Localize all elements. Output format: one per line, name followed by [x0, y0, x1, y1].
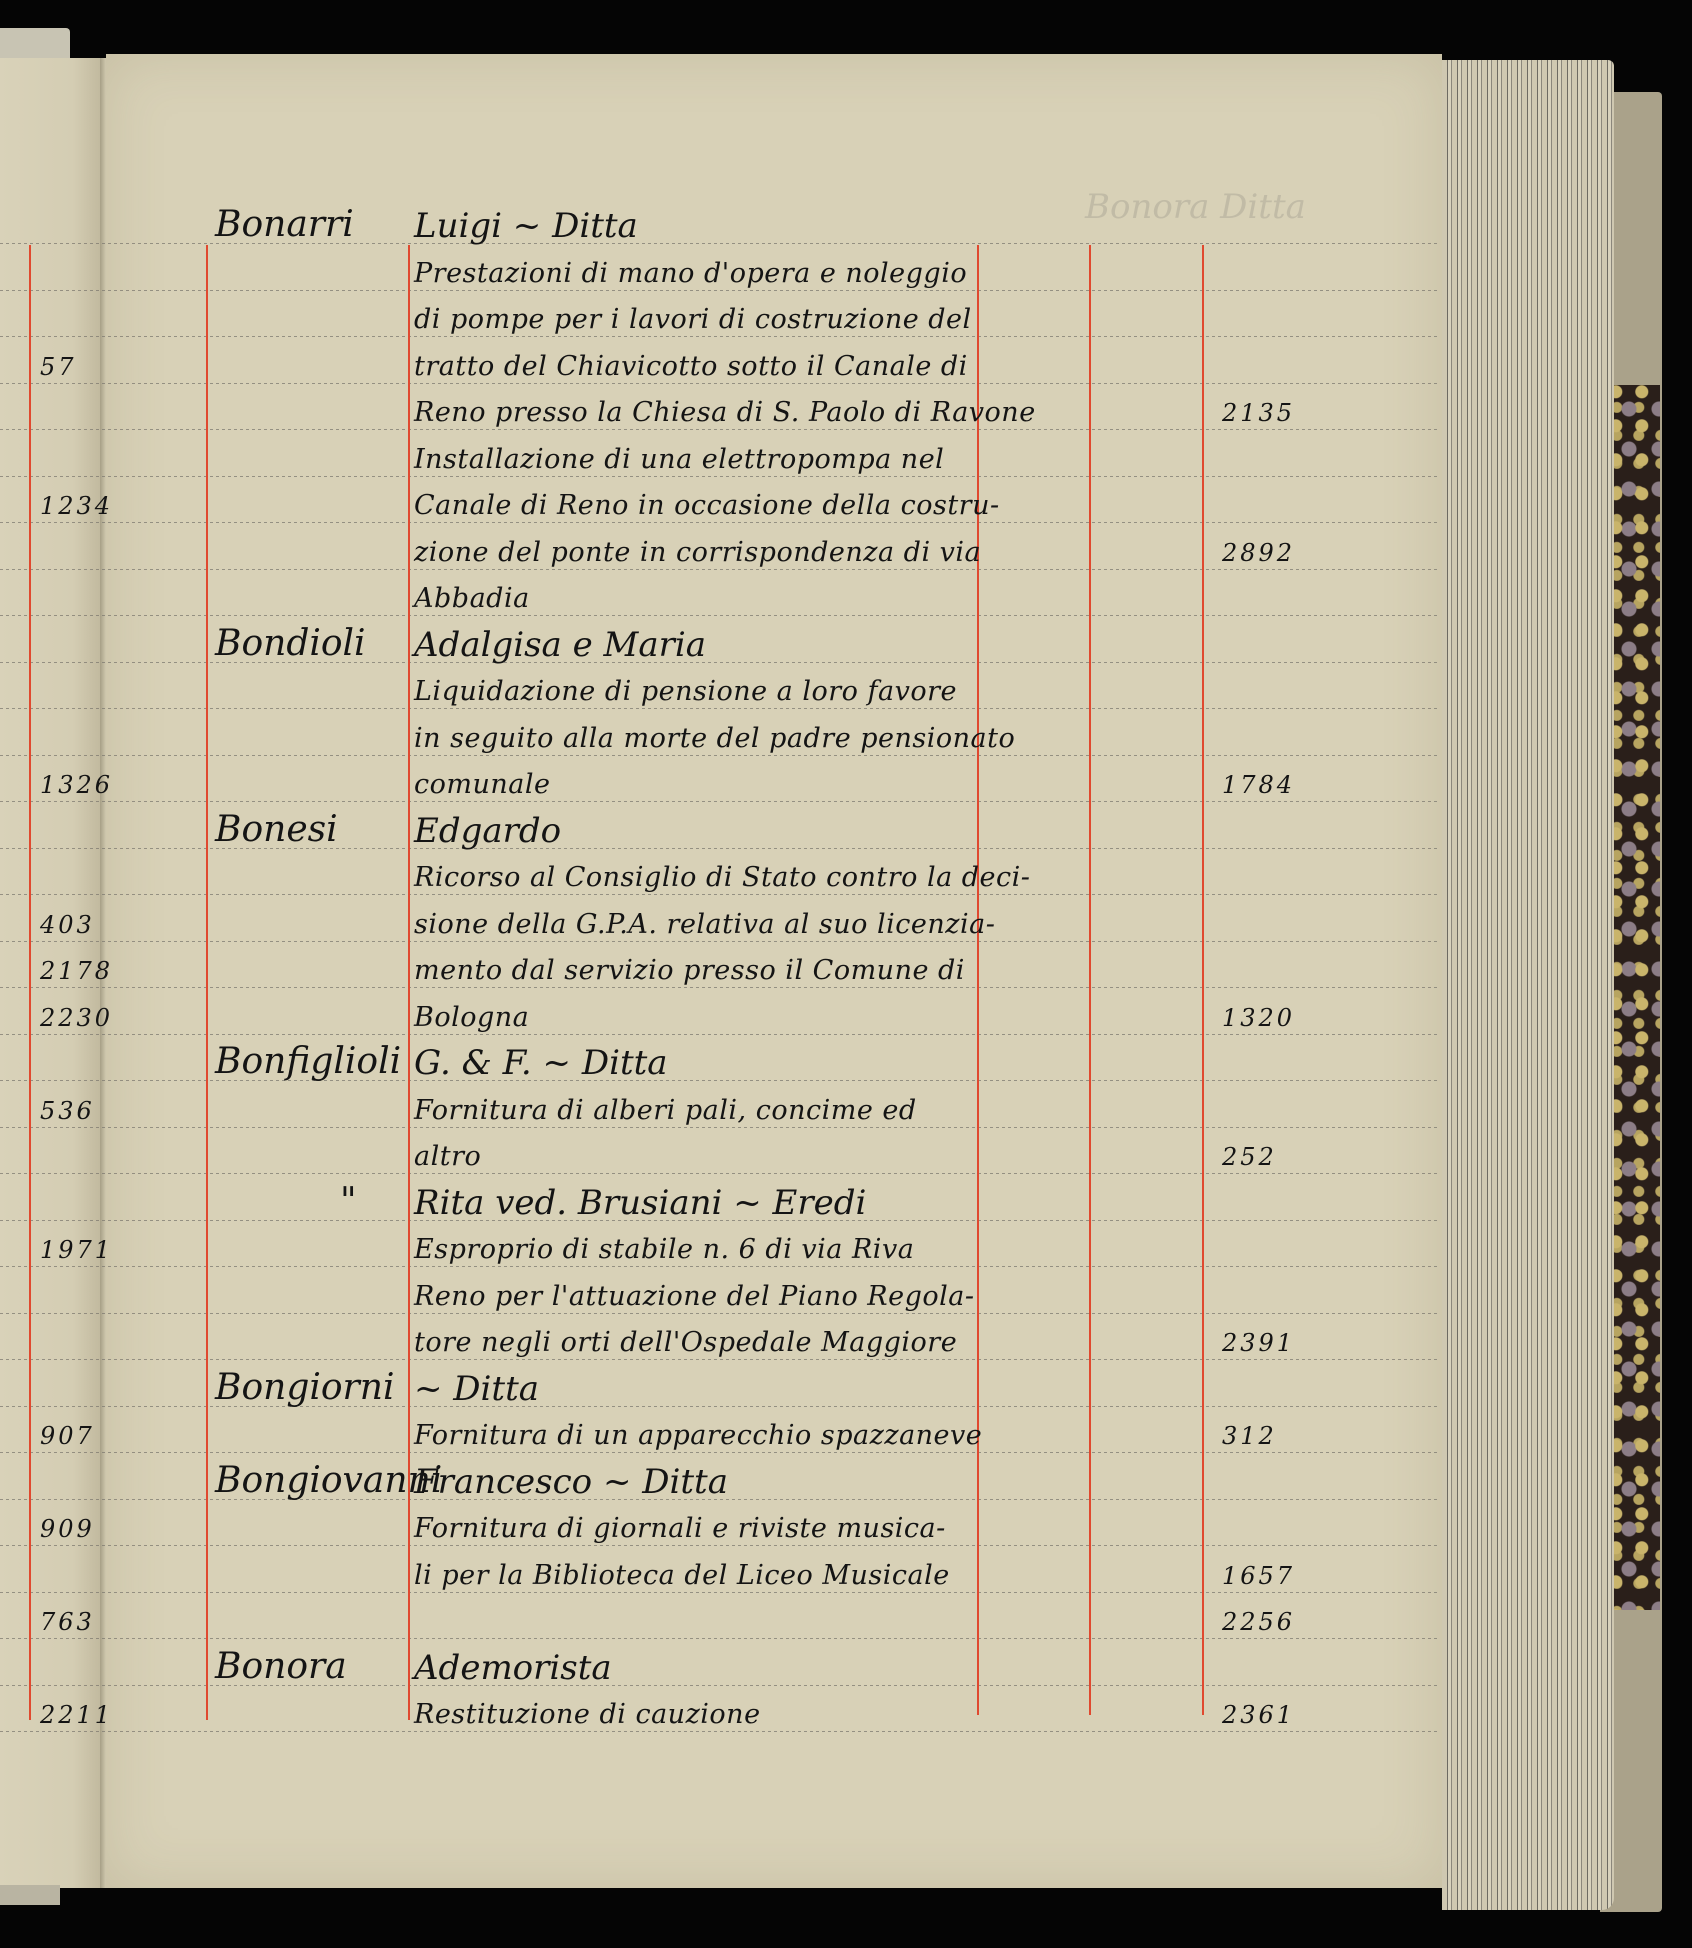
entry-amount: 2391	[1222, 1331, 1295, 1355]
entry-surname: Bonesi	[215, 812, 338, 848]
entry-description-line: Installazione di una elettropompa nel	[414, 446, 944, 473]
entry-description-line: comunale	[414, 771, 550, 798]
entry-description-line: Reno per l'attuazione del Piano Regola-	[414, 1283, 975, 1310]
entry-description-line: Fornitura di un apparecchio spazzaneve	[414, 1422, 982, 1449]
entry-surname: Bongiorni	[215, 1370, 394, 1406]
marbled-cover-edge	[1608, 385, 1660, 1610]
ledger-entries: BonarriLuigi ~ DittaPrestazioni di mano …	[0, 0, 1440, 1948]
entry-reference-number: 536	[40, 1099, 95, 1123]
entry-description-line: Restituzione di cauzione	[414, 1701, 761, 1728]
entry-surname: Bongiovanni	[215, 1463, 442, 1499]
entry-reference-number: 907	[40, 1424, 95, 1448]
entry-reference-number: 1971	[40, 1238, 113, 1262]
entry-name: G. & F. ~ Ditta	[414, 1046, 668, 1080]
entry-name: Francesco ~ Ditta	[414, 1465, 728, 1499]
entry-description-line: Bologna	[414, 1004, 529, 1031]
entry-surname: Bonora	[215, 1649, 347, 1685]
page-stack-fore-edge	[1442, 60, 1614, 1910]
entry-name: Luigi ~ Ditta	[414, 209, 638, 243]
entry-reference-number: 403	[40, 913, 95, 937]
entry-amount: 2135	[1222, 401, 1295, 425]
entry-reference-number: 2230	[40, 1006, 113, 1030]
entry-amount: 1784	[1222, 773, 1295, 797]
entry-reference-number: 763	[40, 1610, 95, 1634]
entry-amount: 2256	[1222, 1610, 1295, 1634]
entry-reference-number: 909	[40, 1517, 95, 1541]
entry-surname: Bonfiglioli	[215, 1044, 401, 1080]
entry-reference-number: 2211	[40, 1703, 113, 1727]
entry-name: Rita ved. Brusiani ~ Eredi	[414, 1186, 866, 1220]
entry-name: Ademorista	[414, 1651, 612, 1685]
entry-description-line: zione del ponte in corrispondenza di via	[414, 539, 981, 566]
entry-description-line: li per la Biblioteca del Liceo Musicale	[414, 1562, 950, 1589]
entry-amount: 1320	[1222, 1006, 1295, 1030]
entry-description-line: tratto del Chiavicotto sotto il Canale d…	[414, 353, 968, 380]
entry-surname: Bondioli	[215, 626, 366, 662]
entry-amount: 1657	[1222, 1564, 1295, 1588]
entry-description-line: Prestazioni di mano d'opera e noleggio	[414, 260, 967, 287]
entry-reference-number: 57	[40, 355, 77, 379]
entry-name: Edgardo	[414, 814, 561, 848]
entry-description-line: Ricorso al Consiglio di Stato contro la …	[414, 864, 1030, 891]
entry-amount: 2892	[1222, 541, 1295, 565]
entry-name: Adalgisa e Maria	[414, 628, 706, 662]
entry-description-line: Fornitura di alberi pali, concime ed	[414, 1097, 917, 1124]
entry-description-line: Esproprio di stabile n. 6 di via Riva	[414, 1236, 914, 1263]
entry-description-line: Canale di Reno in occasione della costru…	[414, 492, 1000, 519]
entry-description-line: altro	[414, 1143, 481, 1170]
entry-reference-number: 1234	[40, 494, 113, 518]
entry-name: ~ Ditta	[414, 1372, 539, 1406]
entry-reference-number: 2178	[40, 959, 113, 983]
entry-description-line: Fornitura di giornali e riviste musica-	[414, 1515, 946, 1542]
entry-description-line: Abbadia	[414, 585, 530, 612]
entry-amount: 312	[1222, 1424, 1277, 1448]
entry-description-line: di pompe per i lavori di costruzione del	[414, 306, 972, 333]
entry-description-line: tore negli orti dell'Ospedale Maggiore	[414, 1329, 957, 1356]
entry-amount: 2361	[1222, 1703, 1295, 1727]
entry-description-line: Reno presso la Chiesa di S. Paolo di Rav…	[414, 399, 1036, 426]
entry-description-line: sione della G.P.A. relativa al suo licen…	[414, 911, 995, 938]
entry-surname: "	[340, 1184, 357, 1220]
entry-description-line: mento dal servizio presso il Comune di	[414, 957, 965, 984]
entry-amount: 252	[1222, 1145, 1277, 1169]
entry-description-line: in seguito alla morte del padre pensiona…	[414, 725, 1015, 752]
entry-description-line: Liquidazione di pensione a loro favore	[414, 678, 957, 705]
entry-reference-number: 1326	[40, 773, 113, 797]
entry-surname: Bonarri	[215, 207, 354, 243]
